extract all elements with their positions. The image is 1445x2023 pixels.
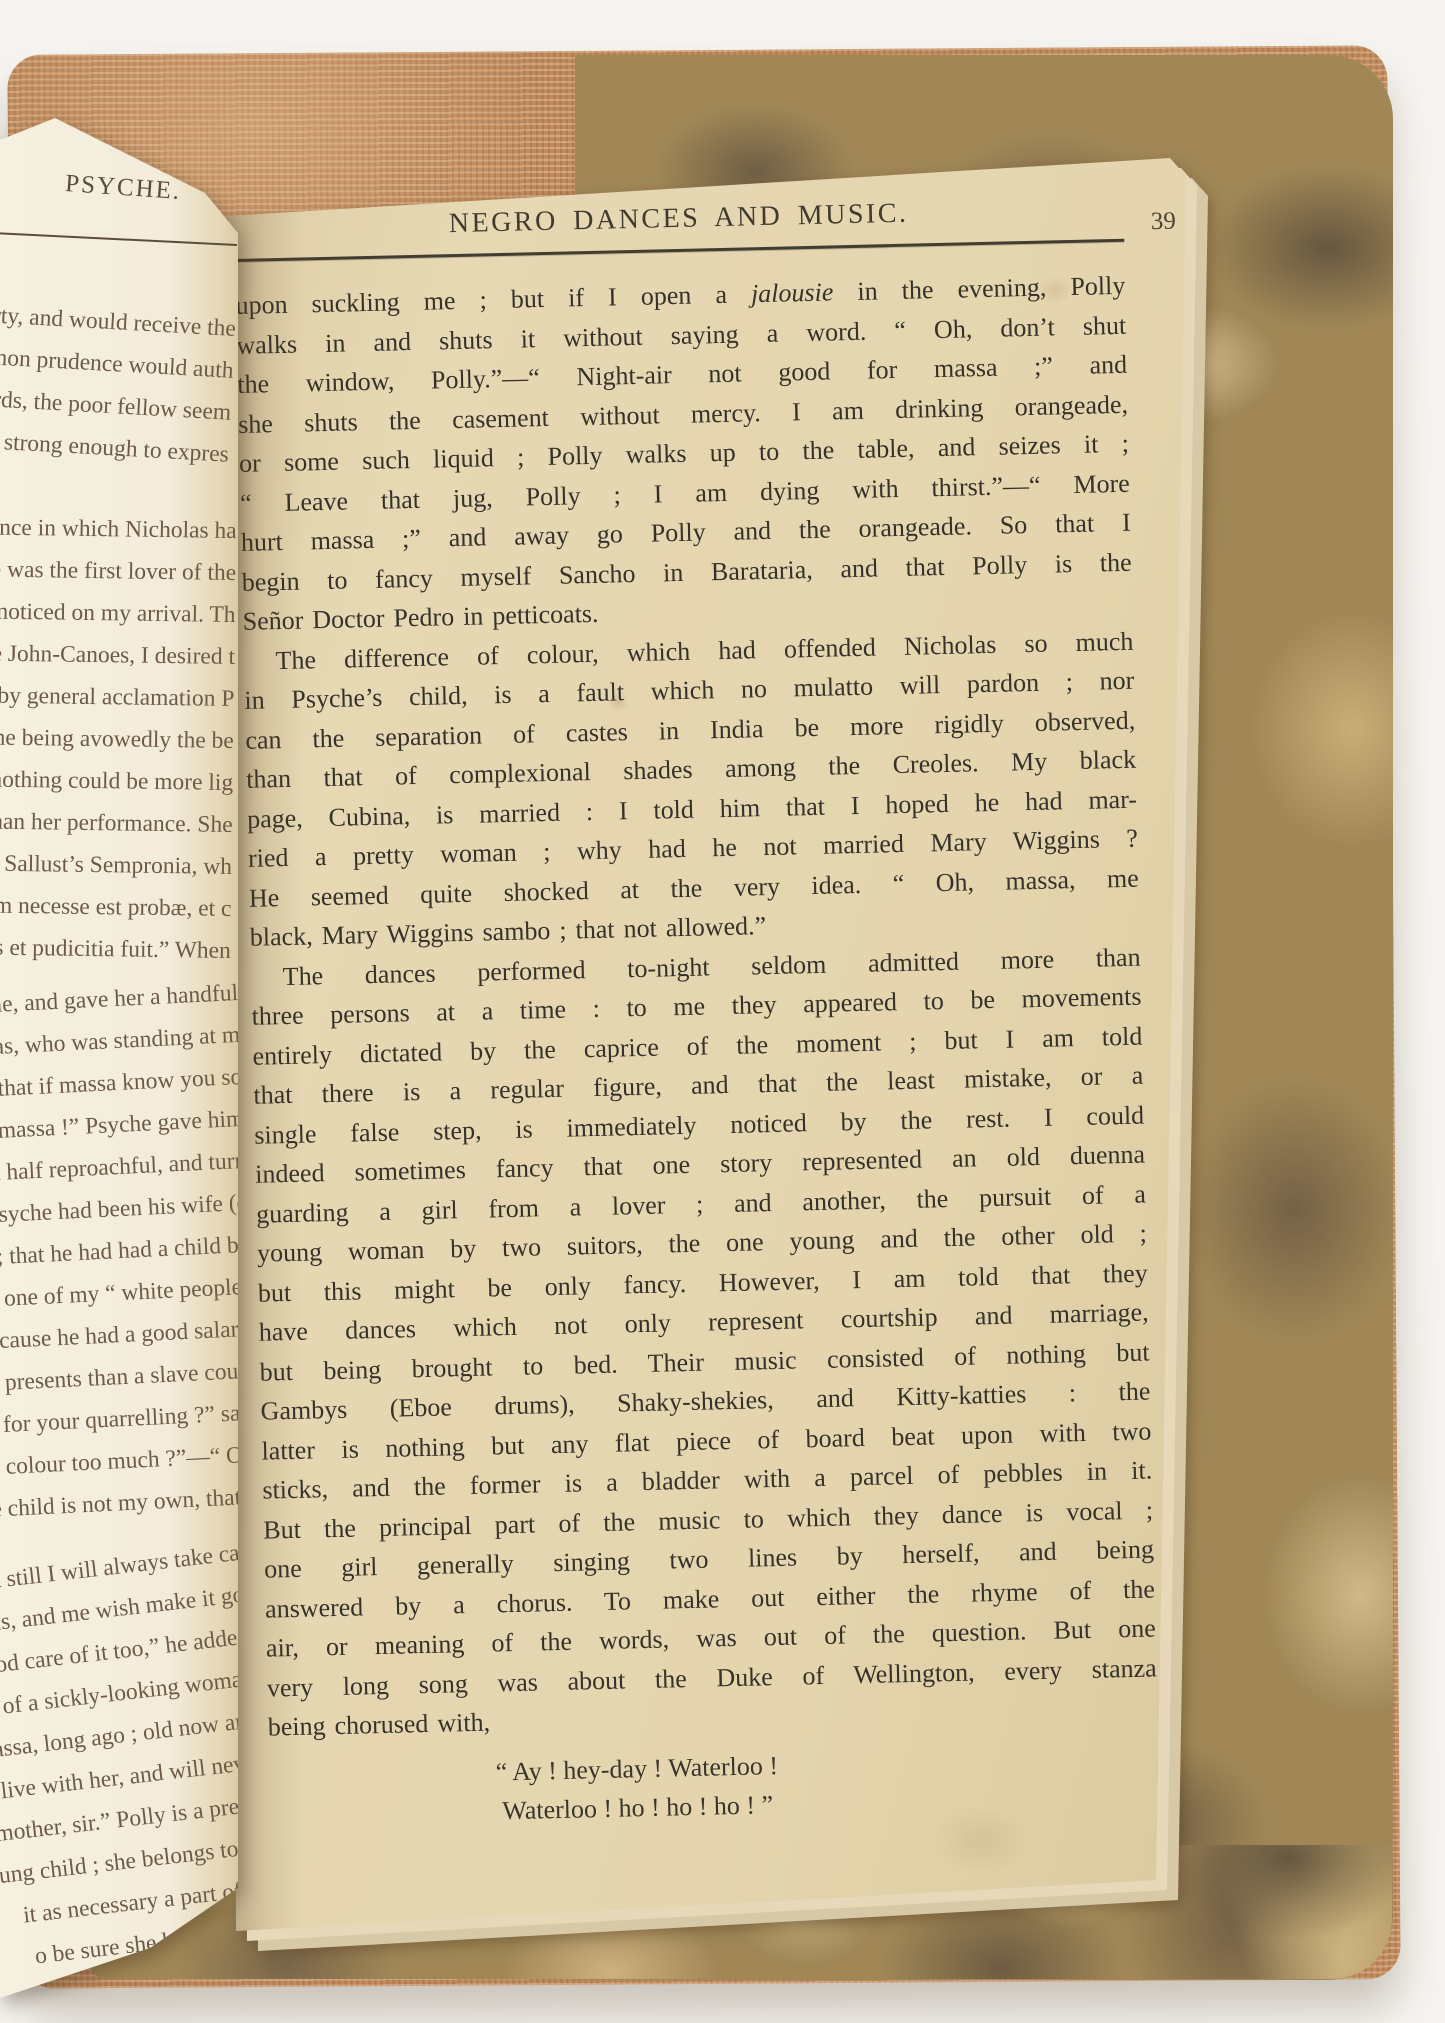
left-running-header: PSYCHE. xyxy=(0,152,238,210)
left-fragments-4: But still I will always take cafriends, … xyxy=(0,1532,285,1998)
left-fragments-2: y instance in which Nicholas hat he was … xyxy=(0,504,237,972)
text-line: d noticed on my arrival. Th xyxy=(0,588,236,636)
left-fragments-1: s liberty, and would receive thet common… xyxy=(0,284,237,476)
left-fragments-3: to me, and gave her a handfulNicholas, w… xyxy=(0,972,264,1538)
text-line: and by general acclamation P xyxy=(0,672,235,720)
text-line: y instance in which Nicholas ha xyxy=(0,504,237,552)
text-line: ecus et pudicitia fuit.” When xyxy=(0,924,231,972)
text-line: d, than her performance. She xyxy=(0,798,233,846)
left-page-wrap: PSYCHE. s liberty, and would receive the… xyxy=(0,0,1445,2023)
text-line: of the John-Canoes, I desired t xyxy=(0,630,235,678)
left-page: PSYCHE. s liberty, and would receive the… xyxy=(0,98,240,1998)
text-line: xhibit, she being avowedly the be xyxy=(0,714,234,762)
left-header-rule xyxy=(0,223,237,246)
photo-backdrop: NEGRO DANCES AND MUSIC. 39 upon suckling… xyxy=(0,0,1445,2023)
text-line: t he was the first lover of the xyxy=(0,546,236,594)
text-line: ion of Sallust’s Sempronia, wh xyxy=(0,840,232,888)
text-line: , quam necesse est probæ, et c xyxy=(0,882,232,930)
left-page-content: PSYCHE. s liberty, and would receive the… xyxy=(0,98,237,1952)
text-line: tainly nothing could be more lig xyxy=(0,756,233,804)
